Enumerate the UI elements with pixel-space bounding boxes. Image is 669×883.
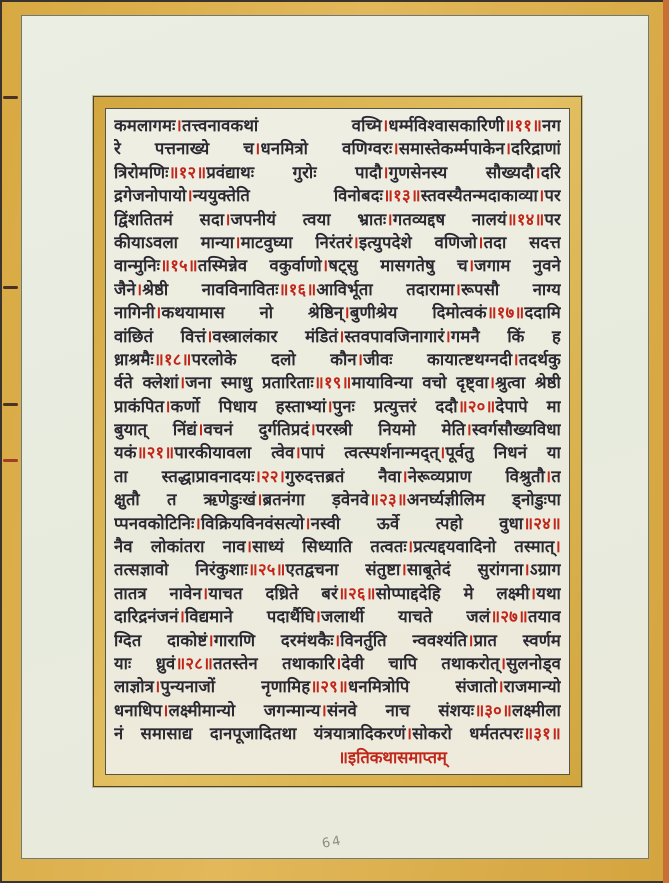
- text-line: ध्राश्रमैः॥१८॥परलोके दलो कौन।जीवः कायात्…: [114, 348, 561, 371]
- text-line: त्रिरोमणिः॥१२॥प्रवंद्याथः गुरोः पादौ।गुण…: [114, 161, 561, 184]
- text-line: नं समासाद्य दानपूजादितथा यंत्रयात्रादिकर…: [114, 722, 561, 745]
- text-line: धनाधिप।लक्ष्मीमान्यो जगन्मान्य।संनवे नाच…: [114, 699, 561, 722]
- text-line: ग्दित दाकोष्टं।गाराणि दरमंथकैः।विनर्तुति…: [114, 629, 561, 652]
- text-line: क्षुतौ त ऋणेडुःखं।ब्रतनंगा ड़वेनवे॥२३॥अन…: [114, 488, 561, 511]
- text-line: याः ध्रुवं॥२८॥ततस्तेन तथाकारि।देवी चापि …: [114, 652, 561, 675]
- text-line: नैव लोकांतरा नाव।साध्यं सिध्याति तत्वतः।…: [114, 535, 561, 558]
- colophon-line: ॥इतिकथासमाप्तम्: [114, 746, 561, 770]
- text-line: कीयाऽवला मान्या।माटवुघ्या निरंतरं।इत्युप…: [114, 231, 561, 254]
- text-line: लाज्ञोत्र।पुन्यनाजों नृणामिह॥२९॥धनमित्रो…: [114, 675, 561, 698]
- text-line: यकं॥२१॥पारकीयावला त्वेव।पापं त्वत्स्पर्श…: [114, 441, 561, 464]
- leaf-edge-stripe: [663, 0, 669, 883]
- text-line: तातत्र नावेन।याचत दध्रिते बरं॥२६॥सोप्पाद…: [114, 582, 561, 605]
- text-line: वान्मुनिः॥१५॥तस्मिन्नेव वकुर्वाणो।षट्सु …: [114, 254, 561, 277]
- text-line: दारिद्रनंजनं।विद्यमाने पदार्थैघि।जलार्थी…: [114, 605, 561, 628]
- text-line: कमलागमः।तत्त्वनावकथां वच्मि।धर्म्मविश्वा…: [114, 114, 561, 137]
- stitch-mark: [3, 286, 18, 289]
- manuscript-leaf: कमलागमः।तत्त्वनावकथां वच्मि।धर्म्मविश्वा…: [0, 0, 669, 883]
- text-line: बुयात् निंद्यं।वचनं दुर्गतिप्रदं।परस्त्र…: [114, 418, 561, 441]
- text-panel: कमलागमः।तत्त्वनावकथां वच्मि।धर्म्मविश्वा…: [105, 108, 570, 775]
- text-line: प्राकंपित।कर्णो पिधाय हस्ताभ्यां।पुनः प्…: [114, 395, 561, 418]
- text-line: द्रगेजनोपायो।न्ययुक्तेति विनोबदः॥१३॥स्तव…: [114, 184, 561, 207]
- gold-frame: कमलागमः।तत्त्वनावकथां वच्मि।धर्म्मविश्वा…: [93, 96, 582, 787]
- text-line: द्विंशतितमं सदा।जपनीयं त्वया भ्रातः।गतव्…: [114, 208, 561, 231]
- text-line: वांछितं वित्तं।वस्त्रालंकार मंडितं।स्तवप…: [114, 325, 561, 348]
- stitch-mark: [3, 403, 18, 406]
- text-line: तत्सज्ञावो निरंकुशाः॥२५॥एतद्वचना संतुष्ट…: [114, 558, 561, 581]
- text-line: रे पत्तनाख्ये च।धनमित्रो वणिग्वरः।समास्त…: [114, 137, 561, 160]
- text-lines: कमलागमः।तत्त्वनावकथां वच्मि।धर्म्मविश्वा…: [114, 114, 561, 746]
- text-line: नागिनी।कथयामास नो श्रेष्ठिन्।बुणीश्रेय द…: [114, 301, 561, 324]
- stitch-mark: [3, 459, 18, 462]
- text-line: ता स्तद्धाप्रावनादयः।२२।गुरुदत्तब्रतं नै…: [114, 465, 561, 488]
- text-line: र्वते क्लेशां।जना स्माधु प्रतारिताः॥१९॥म…: [114, 371, 561, 394]
- text-line: जैने।श्रेष्ठी नावविनावितः॥१६॥आविर्भूता त…: [114, 278, 561, 301]
- stitch-mark: [3, 96, 18, 99]
- text-line: प्पनवकोटिनिः।विक्रियविनवंसत्यो।नस्वी ऊर्…: [114, 512, 561, 535]
